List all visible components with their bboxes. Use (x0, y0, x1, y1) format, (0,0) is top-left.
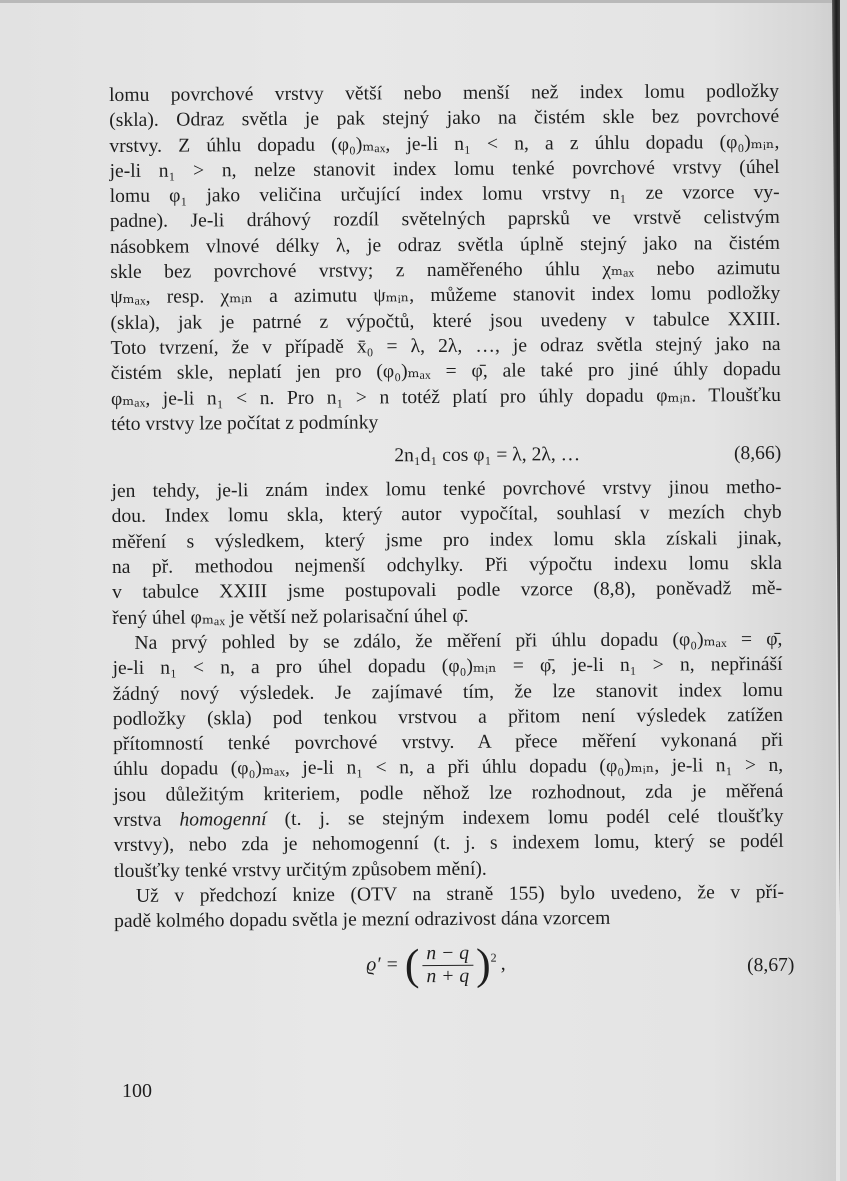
equation-8-66: 2n₁d₁ cos φ₁ = λ, 2λ, … (8,66) (111, 433, 781, 479)
left-parenthesis: ( (405, 943, 420, 987)
text-line: φₘₐₓ, je-li n₁ < n. Pro n₁ > n totéž pla… (111, 382, 781, 411)
denominator: n + q (422, 965, 473, 987)
equation-8-67: ϱ′ = ( n − q n + q ) 2 , (8,67) (114, 936, 784, 1000)
text-line: (skla). Odraz světla je pak stejný jako … (109, 104, 779, 133)
paragraph-4: Už v předchozí knize (OTV na straně 155)… (114, 880, 784, 935)
numerator: n − q (422, 942, 473, 965)
text-line: padne). Je-li dráhový rozdíl světelných … (110, 205, 780, 234)
paragraph-1: lomu povrchové vrstvy větší nebo menší n… (109, 79, 781, 437)
text-segment: (t. j. se stejným indexem lomu podél cel… (266, 806, 783, 830)
fraction: n − q n + q (422, 942, 473, 987)
text-line: v tabulce XXIII jsme postupovali podle v… (112, 576, 782, 605)
equation-number: (8,66) (734, 441, 781, 467)
text-line: ψₘₐₓ, resp. χₘᵢₙ a azimutu ψₘᵢₙ, můžeme … (110, 281, 780, 310)
exponent: 2 (491, 946, 497, 971)
text-line: žádný nový výsledek. Je zajímavé tím, že… (113, 677, 783, 706)
text-line: úhlu dopadu (φ₀)ₘₐₓ, je-li n₁ < n, a při… (113, 753, 783, 782)
right-parenthesis: ) (476, 943, 491, 987)
page-number: 100 (122, 1080, 152, 1103)
text-line: Už v předchozí knize (OTV na straně 155)… (114, 880, 784, 909)
paragraph-3: Na prvý pohled by se zdálo, že měření př… (112, 627, 784, 884)
equation-trailing-comma: , (501, 952, 506, 977)
text-line: vrstvy. Z úhlu dopadu (φ₀)ₘₐₓ, je-li n₁ … (109, 130, 779, 159)
page-body-text: lomu povrchové vrstvy větší nebo menší n… (109, 79, 785, 1001)
equation-body: ϱ′ = ( n − q n + q ) 2 , (366, 942, 505, 988)
equation-number: (8,67) (747, 952, 794, 978)
paragraph-2: jen tehdy, je-li znám index lomu tenké p… (111, 475, 782, 631)
text-line: vrstvy), nebo zda je nehomogenní (t. j. … (114, 829, 784, 858)
equation-lhs: ϱ′ = (366, 953, 399, 978)
text-segment: vrstva (113, 810, 179, 831)
equation-body: 2n₁d₁ cos φ₁ = λ, 2λ, … (394, 442, 580, 468)
text-line: padě kolmého dopadu světla je mezní odra… (114, 905, 784, 934)
text-line: dou. Index lomu skla, který autor vypočí… (112, 500, 782, 529)
text-line: je-li n₁ < n, a pro úhel dopadu (φ₀)ₘᵢₙ … (113, 652, 783, 681)
text-line: čistém skle, neplatí jen pro (φ₀)ₘₐₓ = φ… (111, 357, 781, 386)
scan-background (840, 0, 847, 1181)
page-top-edge (0, 0, 836, 3)
italic-term-homogeneous: homogenní (179, 809, 266, 831)
